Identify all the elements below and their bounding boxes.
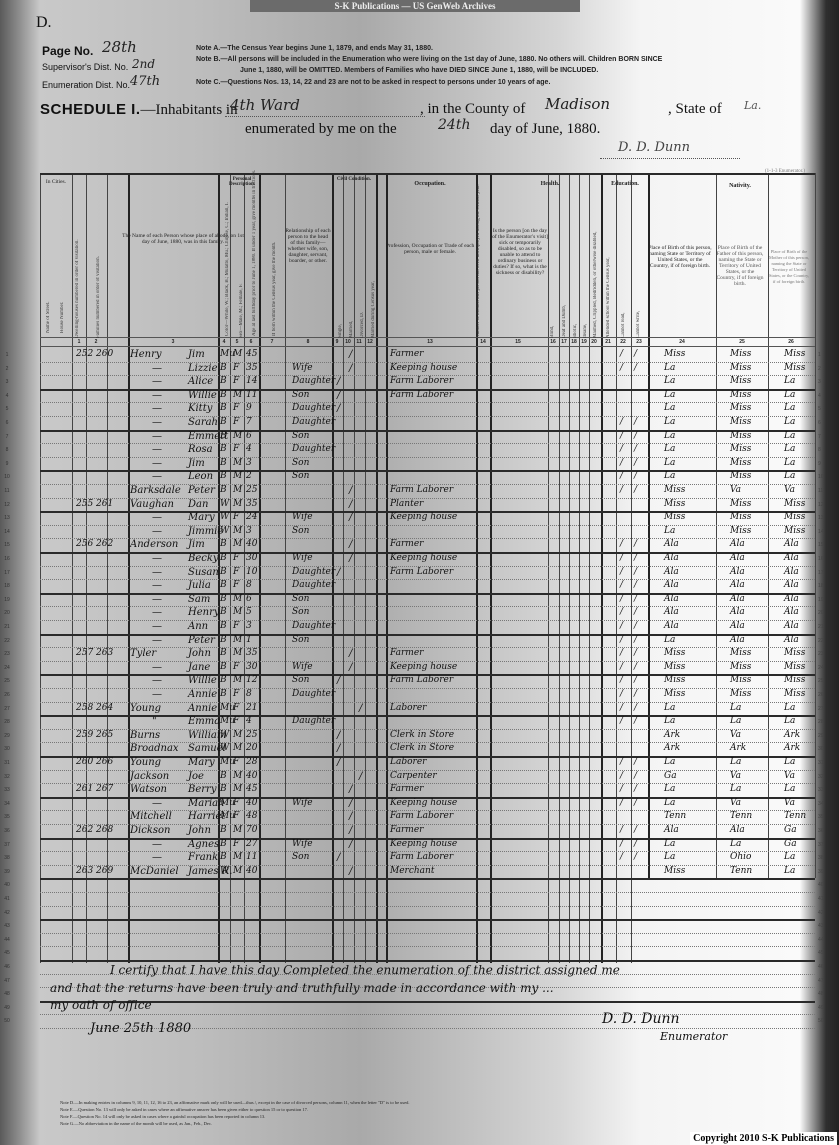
- birthplace: La: [664, 715, 675, 728]
- father-birthplace: La: [730, 838, 741, 851]
- table-row: 4040: [40, 878, 815, 892]
- row-number: 19: [0, 597, 14, 603]
- sex: M: [233, 538, 242, 551]
- single-mark: /: [337, 729, 340, 742]
- relationship: Son: [292, 470, 309, 483]
- row-number: 3: [0, 379, 14, 385]
- sex: F: [233, 620, 239, 633]
- note-b-line2: June 1, 1880, will be OMITTED. Members o…: [240, 67, 598, 74]
- row-number-right: 34: [818, 801, 824, 807]
- father-birthplace: Miss: [730, 375, 751, 388]
- sex: F: [233, 402, 239, 415]
- cannot-write-mark: /: [634, 484, 637, 497]
- row-number-right: 46: [818, 964, 824, 970]
- row-number: 45: [0, 950, 14, 956]
- column-number: 21: [602, 339, 614, 345]
- sex: F: [233, 566, 239, 579]
- row-number-right: 44: [818, 937, 824, 943]
- given-name: Dan: [188, 498, 208, 511]
- surname: —: [152, 525, 162, 538]
- birthplace: La: [664, 702, 675, 715]
- father-birthplace: Miss: [730, 688, 751, 701]
- column-number: 3: [167, 339, 179, 345]
- occupation: Keeping house: [390, 511, 457, 524]
- row-number-right: 28: [818, 719, 824, 725]
- mother-birthplace: La: [784, 443, 795, 456]
- color: B: [220, 566, 227, 579]
- birthplace: La: [664, 457, 675, 470]
- row-number-right: 7: [818, 434, 821, 440]
- header-education-group: Education.: [602, 181, 648, 187]
- given-name: Jim: [188, 538, 205, 551]
- relationship: Son: [292, 634, 309, 647]
- age: 28: [246, 756, 257, 769]
- cannot-write-mark: /: [634, 566, 637, 579]
- given-name: Agnes: [188, 838, 219, 851]
- married-mark: /: [349, 511, 352, 524]
- father-birthplace: Miss: [730, 647, 751, 660]
- given-name: Peter: [188, 634, 215, 647]
- relationship: Wife: [292, 511, 313, 524]
- birthplace: Miss: [664, 661, 685, 674]
- cannot-read-mark: /: [620, 470, 623, 483]
- surname: —: [152, 593, 162, 606]
- occupation: Farm Laborer: [390, 484, 453, 497]
- row-number-right: 20: [818, 610, 824, 616]
- cannot-write-mark: /: [634, 797, 637, 810]
- sex: M: [233, 389, 242, 402]
- color: B: [220, 674, 227, 687]
- row-number: 27: [0, 706, 14, 712]
- day-value: 24th: [438, 117, 470, 133]
- row-number-right: 30: [818, 746, 824, 752]
- father-birthplace: Miss: [730, 661, 751, 674]
- occupation: Keeping house: [390, 661, 457, 674]
- father-birthplace: Ala: [730, 579, 745, 592]
- table-row: 4343: [40, 919, 815, 933]
- certification-date: June 25th 1880: [90, 1021, 191, 1036]
- birthplace: La: [664, 783, 675, 796]
- row-number: 44: [0, 937, 14, 943]
- row-number-right: 14: [818, 529, 824, 535]
- married-mark: /: [349, 783, 352, 796]
- married-mark: /: [349, 552, 352, 565]
- relationship: Son: [292, 430, 309, 443]
- page-no-label: Page No.: [42, 44, 93, 58]
- relationship: Daughter: [292, 688, 335, 701]
- header-idiotic: Idiotic,: [573, 298, 578, 338]
- state-value: La.: [744, 99, 761, 112]
- mother-birthplace: Va: [784, 484, 795, 497]
- mother-birthplace: Ga: [784, 824, 797, 837]
- occupation: Laborer: [390, 756, 426, 769]
- occupation: Farmer: [390, 824, 423, 837]
- given-name: Emma: [188, 715, 220, 728]
- father-birthplace: Miss: [730, 389, 751, 402]
- surname: Barksdale: [130, 484, 181, 497]
- color: W: [220, 498, 229, 511]
- age: 3: [246, 620, 252, 633]
- relationship: Daughter: [292, 375, 335, 388]
- table-row: 2020—HenryBM5Son//AlaAlaAla: [40, 606, 815, 620]
- occupation: Keeping house: [390, 362, 457, 375]
- row-number: 49: [0, 1005, 14, 1011]
- footnote-e: Note E.—Question No. 13 will only be ask…: [60, 1107, 308, 1112]
- column-number: 20: [588, 339, 600, 345]
- age: 24: [246, 511, 257, 524]
- table-row: 1212255261VaughanDanWM35/PlanterMissMiss…: [40, 498, 815, 512]
- occupation: Farm Laborer: [390, 375, 453, 388]
- father-birthplace: Miss: [730, 362, 751, 375]
- row-number-right: 5: [818, 406, 821, 412]
- row-number: 48: [0, 991, 14, 997]
- birthplace: La: [664, 470, 675, 483]
- cannot-write-mark: /: [634, 593, 637, 606]
- row-number: 21: [0, 624, 14, 630]
- sex: M: [233, 851, 242, 864]
- father-birthplace: Tenn: [730, 865, 752, 878]
- married-mark: /: [349, 538, 352, 551]
- row-number: 22: [0, 638, 14, 644]
- sex: M: [233, 674, 242, 687]
- row-number-right: 10: [818, 474, 824, 480]
- family-number: 268: [96, 824, 113, 837]
- age: 12: [246, 674, 257, 687]
- column-divider: [815, 173, 816, 878]
- given-name: Mary: [188, 756, 215, 769]
- dwelling-number: 257: [76, 647, 93, 660]
- mother-birthplace: Ala: [784, 620, 799, 633]
- certification-signature: D. D. Dunn: [602, 1011, 680, 1027]
- color: B: [220, 838, 227, 851]
- column-number: 1: [73, 339, 85, 345]
- census-table: In Cities. Name of Street. House Number.…: [40, 173, 815, 963]
- cannot-read-mark: /: [620, 674, 623, 687]
- surname: —: [152, 797, 162, 810]
- enumeration-dist-label: Enumeration Dist. No.: [42, 80, 130, 90]
- color: B: [220, 389, 227, 402]
- row-number: 35: [0, 814, 14, 820]
- enumerated-label: enumerated by me on the: [245, 121, 397, 138]
- relationship: Son: [292, 593, 309, 606]
- surname: —: [152, 457, 162, 470]
- table-row: 66—SarahBF7Daughter//LaMissLa: [40, 416, 815, 430]
- header-married: Married,: [349, 293, 354, 338]
- age: 40: [246, 538, 257, 551]
- cannot-read-mark: /: [620, 606, 623, 619]
- row-number: 40: [0, 882, 14, 888]
- occupation: Farm Laborer: [390, 566, 453, 579]
- father-birthplace: Ala: [730, 552, 745, 565]
- copyright-notice: Copyright 2010 S-K Publications: [690, 1132, 837, 1145]
- mother-birthplace: Ala: [784, 552, 799, 565]
- occupation: Farm Laborer: [390, 810, 453, 823]
- header-maimed: Maimed, Crippled, Bedridden, or otherwis…: [593, 193, 598, 338]
- age: 35: [246, 647, 257, 660]
- cannot-write-mark: /: [634, 838, 637, 851]
- cannot-read-mark: /: [620, 457, 623, 470]
- dwelling-number: 263: [76, 865, 93, 878]
- single-mark: /: [337, 756, 340, 769]
- cannot-write-mark: /: [634, 770, 637, 783]
- color: B: [220, 579, 227, 592]
- given-name: Peter: [188, 484, 215, 497]
- sex: F: [233, 715, 239, 728]
- father-birthplace: Ohio: [730, 851, 751, 864]
- surname: —: [152, 375, 162, 388]
- header-cannot-write: Cannot write,: [636, 283, 641, 338]
- column-number: 26: [785, 339, 797, 345]
- table-row: 2121—AnnBF3Daughter//AlaAlaAla: [40, 620, 815, 634]
- color: B: [220, 457, 227, 470]
- row-number: 37: [0, 842, 14, 848]
- cannot-write-mark: /: [634, 620, 637, 633]
- occupation: Farmer: [390, 348, 423, 361]
- surname: —: [152, 389, 162, 402]
- row-number: 25: [0, 678, 14, 684]
- surname: —: [152, 443, 162, 456]
- father-birthplace: Tenn: [730, 810, 752, 823]
- father-birthplace: Miss: [730, 402, 751, 415]
- age: 35: [246, 362, 257, 375]
- row-number-right: 41: [818, 896, 824, 902]
- row-number-right: 3: [818, 379, 821, 385]
- single-mark: /: [337, 389, 340, 402]
- age: 25: [246, 484, 257, 497]
- father-birthplace: Va: [730, 484, 741, 497]
- given-name: Jim: [188, 348, 205, 361]
- mother-birthplace: Miss: [784, 674, 805, 687]
- sex: F: [233, 443, 239, 456]
- color: B: [220, 552, 227, 565]
- cannot-write-mark: /: [634, 783, 637, 796]
- row-number: 9: [0, 461, 14, 467]
- widowed-mark: /: [359, 702, 362, 715]
- row-number: 33: [0, 787, 14, 793]
- birthplace: Ala: [664, 538, 679, 551]
- married-mark: /: [349, 824, 352, 837]
- header-sick: Is the person [on the day of the Enumera…: [492, 228, 548, 276]
- table-row: 22—LizzieBF35Wife/Keeping house//LaMissM…: [40, 362, 815, 376]
- dwelling-number: 258: [76, 702, 93, 715]
- row-number-right: 8: [818, 447, 821, 453]
- relationship: Daughter: [292, 416, 335, 429]
- signature-underline: [600, 158, 740, 159]
- row-number-right: 23: [818, 651, 824, 657]
- mother-birthplace: La: [784, 756, 795, 769]
- header-mother-birthplace: Place of Birth of the Mother of this per…: [768, 249, 810, 285]
- surname: Anderson: [130, 538, 178, 551]
- sex: M: [233, 484, 242, 497]
- row-number: 1: [0, 352, 14, 358]
- header-blind: Blind,: [550, 298, 555, 338]
- place-underline: [225, 116, 425, 117]
- surname: —: [152, 688, 162, 701]
- surname: Vaughan: [130, 498, 174, 511]
- table-row: 4545: [40, 946, 815, 960]
- sex: M: [233, 470, 242, 483]
- age: 9: [246, 402, 252, 415]
- cannot-read-mark: /: [620, 661, 623, 674]
- single-mark: /: [337, 674, 340, 687]
- age: 14: [246, 375, 257, 388]
- age: 45: [246, 348, 257, 361]
- birthplace: Ala: [664, 566, 679, 579]
- relationship: Daughter: [292, 579, 335, 592]
- single-mark: /: [337, 742, 340, 755]
- given-name: John: [188, 824, 211, 837]
- given-name: Annie: [188, 702, 217, 715]
- sex: F: [233, 511, 239, 524]
- table-row: 3131260266YoungMaryMuF28/Laborer//LaLaLa: [40, 756, 815, 770]
- cannot-read-mark: /: [620, 348, 623, 361]
- mother-birthplace: Miss: [784, 647, 805, 660]
- sex: M: [233, 457, 242, 470]
- sex: M: [233, 770, 242, 783]
- header-occupation: Profession, Occupation or Trade of each …: [385, 243, 475, 255]
- color: B: [220, 443, 227, 456]
- header-attended-school: Attended school within the Census year,: [606, 203, 611, 338]
- cannot-write-mark: /: [634, 851, 637, 864]
- mother-birthplace: Ark: [784, 729, 800, 742]
- cannot-write-mark: /: [634, 634, 637, 647]
- header-single: Single,: [338, 293, 343, 338]
- cannot-write-mark: /: [634, 362, 637, 375]
- mother-birthplace: La: [784, 715, 795, 728]
- row-number-right: 43: [818, 923, 824, 929]
- place-value: 4th Ward: [230, 96, 300, 114]
- surname: —: [152, 620, 162, 633]
- cannot-write-mark: /: [634, 538, 637, 551]
- table-row: 3232JacksonJoeBM40/Carpenter//GaVaVa: [40, 770, 815, 784]
- father-birthplace: La: [730, 715, 741, 728]
- row-number: 43: [0, 923, 14, 929]
- birthplace: La: [664, 634, 675, 647]
- birthplace: Miss: [664, 865, 685, 878]
- birthplace: La: [664, 416, 675, 429]
- row-number-right: 21: [818, 624, 824, 630]
- age: 21: [246, 702, 257, 715]
- surname: —: [152, 511, 162, 524]
- row-number: 16: [0, 556, 14, 562]
- relationship: Daughter: [292, 566, 335, 579]
- row-number-right: 2: [818, 366, 821, 372]
- cannot-write-mark: /: [634, 702, 637, 715]
- cannot-write-mark: /: [634, 606, 637, 619]
- column-number: 12: [364, 339, 376, 345]
- mother-birthplace: Ala: [784, 593, 799, 606]
- given-name: Alice: [188, 375, 213, 388]
- row-number-right: 9: [818, 461, 821, 467]
- sex: F: [233, 797, 239, 810]
- color: B: [220, 634, 227, 647]
- sex: F: [233, 756, 239, 769]
- color: B: [220, 538, 227, 551]
- occupation: Keeping house: [390, 838, 457, 851]
- relationship: Son: [292, 674, 309, 687]
- mother-birthplace: Ala: [784, 579, 799, 592]
- header-insane: Insane,: [583, 298, 588, 338]
- row-number-right: 12: [818, 502, 824, 508]
- mother-birthplace: La: [784, 430, 795, 443]
- row-number: 12: [0, 502, 14, 508]
- mother-birthplace: La: [784, 375, 795, 388]
- cannot-read-mark: /: [620, 702, 623, 715]
- table-row: 2727258264YoungAnnieMuF21/Laborer//LaLaL…: [40, 702, 815, 716]
- father-birthplace: Miss: [730, 416, 751, 429]
- row-number-right: 50: [818, 1018, 824, 1024]
- surname: Jackson: [130, 770, 169, 783]
- sex: F: [233, 688, 239, 701]
- header-occupation-group: Occupation.: [385, 181, 475, 187]
- header-age: Age at last birthday prior to June 1, 18…: [252, 191, 257, 336]
- occupation: Farmer: [390, 647, 423, 660]
- table-row: 3939263269McDanielJames R.WM40/MerchantM…: [40, 865, 815, 879]
- cannot-read-mark: /: [620, 538, 623, 551]
- age: 6: [246, 430, 252, 443]
- birthplace: Miss: [664, 511, 685, 524]
- family-number: 263: [96, 647, 113, 660]
- surname: —: [152, 606, 162, 619]
- column-number: 24: [676, 339, 688, 345]
- mother-birthplace: La: [784, 702, 795, 715]
- row-number-right: 19: [818, 597, 824, 603]
- mother-birthplace: Miss: [784, 525, 805, 538]
- married-mark: /: [349, 838, 352, 851]
- mother-birthplace: Ga: [784, 838, 797, 851]
- given-name: Leon: [188, 470, 213, 483]
- row-number: 6: [0, 420, 14, 426]
- family-number: 269: [96, 865, 113, 878]
- footnote-g: Note G.—No abbreviation in the name of t…: [60, 1121, 212, 1126]
- row-number: 14: [0, 529, 14, 535]
- surname: McDaniel: [130, 865, 179, 878]
- single-mark: /: [337, 402, 340, 415]
- age: 4: [246, 443, 252, 456]
- birthplace: Tenn: [664, 810, 686, 823]
- row-number: 11: [0, 488, 14, 494]
- table-row: 3030BroadnaxSamuelWM20/Clerk in StoreArk…: [40, 742, 815, 756]
- birthplace: Ala: [664, 579, 679, 592]
- sex: F: [233, 838, 239, 851]
- sex: M: [233, 525, 242, 538]
- table-row: 55—KittyBF9Daughter/LaMissLa: [40, 402, 815, 416]
- birthplace: Ala: [664, 606, 679, 619]
- row-number: 34: [0, 801, 14, 807]
- row-number: 38: [0, 855, 14, 861]
- father-birthplace: Ala: [730, 593, 745, 606]
- row-number: 26: [0, 692, 14, 698]
- color: B: [220, 647, 227, 660]
- footnote-d: Note D.—In making entries in columns 9, …: [60, 1100, 410, 1105]
- row-number: 2: [0, 366, 14, 372]
- married-mark: /: [349, 348, 352, 361]
- column-number: 8: [302, 339, 314, 345]
- table-row: 4242: [40, 906, 815, 920]
- column-number-border: [40, 346, 815, 347]
- occupation: Clerk in Store: [390, 729, 454, 742]
- married-mark: /: [349, 498, 352, 511]
- row-number-right: 48: [818, 991, 824, 997]
- header-street: Name of Street.: [46, 283, 51, 333]
- sex: M: [233, 783, 242, 796]
- table-row: 3838—FrankBM11Son/Farm Laborer//LaOhioLa: [40, 851, 815, 865]
- color: B: [220, 783, 227, 796]
- row-number: 46: [0, 964, 14, 970]
- table-row: 33—AliceBF14Daughter/Farm LaborerLaMissL…: [40, 375, 815, 389]
- row-number-right: 15: [818, 542, 824, 548]
- certification-line-3: my oath of office: [50, 998, 152, 1012]
